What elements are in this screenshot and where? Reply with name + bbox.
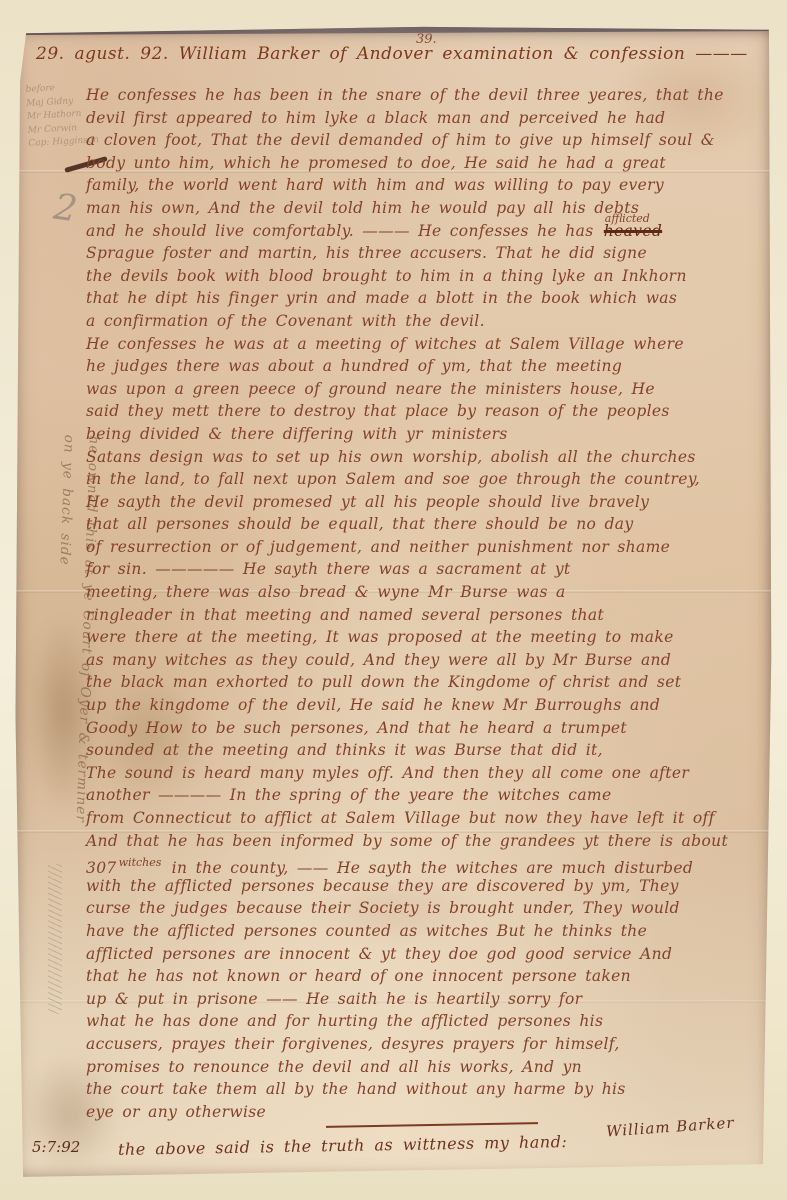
manuscript-page: 39. 29. agust. 92. William Barker of And… [14, 24, 772, 1178]
manuscript-line: He sayth the devil promesed yt all his p… [86, 491, 768, 514]
manuscript-line: a confirmation of the Covenant with the … [86, 310, 768, 333]
manuscript-line: a cloven foot, That the devil demanded o… [86, 129, 768, 152]
manuscript-line: the devils book with blood brought to hi… [86, 265, 768, 288]
attestation-text: the above said is the truth as wittness … [118, 1132, 568, 1159]
manuscript-line: in the land, to fall next upon Salem and… [86, 468, 768, 491]
manuscript-line: as many witches as they could, And they … [86, 649, 768, 672]
manuscript-line: curse the judges because their Society i… [86, 897, 768, 920]
manuscript-line: the black man exhorted to pull down the … [86, 671, 768, 694]
manuscript-line: was upon a green peece of ground neare t… [86, 378, 768, 401]
heading-line: 29. agust. 92. William Barker of Andover… [36, 44, 748, 64]
heading-title: William Barker of Andover examination & … [179, 44, 748, 64]
manuscript-line: were there at the meeting, It was propos… [86, 626, 768, 649]
correction: afflicted heaved [604, 220, 662, 243]
manuscript-line: promises to renounce the devil and all h… [86, 1056, 768, 1079]
photograph-background: 39. 29. agust. 92. William Barker of And… [0, 0, 787, 1200]
manuscript-line: He confesses he was at a meeting of witc… [86, 333, 768, 356]
manuscript-line: Satans design was to set up his own wors… [86, 446, 768, 469]
inserted-word: afflicted [605, 208, 650, 231]
manuscript-line: said they mett there to destroy that pla… [86, 400, 768, 423]
manuscript-line: being divided & there differing with yr … [86, 423, 768, 446]
manuscript-line: what he has done and for hurting the aff… [86, 1010, 768, 1033]
manuscript-line: 307witches in the county, —— He sayth th… [86, 852, 768, 875]
manuscript-line: meeting, there was also bread & wyne Mr … [86, 581, 768, 604]
manuscript-line: the court take them all by the hand with… [86, 1078, 768, 1101]
footer-date: 5:7:92 [32, 1138, 80, 1156]
manuscript-line: up the kingdome of the devil, He said he… [86, 694, 768, 717]
manuscript-line: he judges there was about a hundred of y… [86, 355, 768, 378]
manuscript-line: have the afflicted persones counted as w… [86, 920, 768, 943]
manuscript-line: that he has not known or heard of one in… [86, 965, 768, 988]
heading-date: 29. agust. 92. [36, 44, 169, 64]
manuscript-line: another ———— In the spring of the yeare … [86, 784, 768, 807]
manuscript-line: Goody How to be such persones, And that … [86, 717, 768, 740]
manuscript-line: devil first appeared to him lyke a black… [86, 107, 768, 130]
manuscript-body: He confesses he has been in the snare of… [86, 84, 768, 1123]
manuscript-line: body unto him, which he promesed to doe,… [86, 152, 768, 175]
manuscript-line: of resurrection or of judgement, and nei… [86, 536, 768, 559]
manuscript-line: And that he has been informed by some of… [86, 830, 768, 853]
attestation-line: the above said is the truth as wittness … [118, 1132, 568, 1159]
manuscript-line: from Connecticut to afflict at Salem Vil… [86, 807, 768, 830]
manuscript-line: Sprague foster and martin, his three acc… [86, 242, 768, 265]
manuscript-line: and he should live comfortably. ——— He c… [86, 220, 768, 243]
page-top-edge [22, 24, 769, 35]
manuscript-line: that he dipt his finger yrin and made a … [86, 287, 768, 310]
manuscript-line: The sound is heard many myles off. And t… [86, 762, 768, 785]
manuscript-line: family, the world went hard with him and… [86, 174, 768, 197]
manuscript-line: afflicted persones are innocent & yt the… [86, 943, 768, 966]
manuscript-line: man his own, And the devil told him he w… [86, 197, 768, 220]
manuscript-line: with the afflicted persones because they… [86, 875, 768, 898]
manuscript-line: up & put in prisone —— He saith he is he… [86, 988, 768, 1011]
inserted-word: witches [119, 856, 162, 869]
manuscript-line: for sin. ————— He sayth there was a sacr… [86, 558, 768, 581]
manuscript-line: ringleader in that meeting and named sev… [86, 604, 768, 627]
faint-margin-scribble [48, 864, 62, 1014]
line-text: and he should live comfortably. ——— He c… [86, 222, 594, 240]
manuscript-line: accusers, prayes their forgivenes, desyr… [86, 1033, 768, 1056]
pencil-mark: 2 [51, 187, 79, 231]
manuscript-line: He confesses he has been in the snare of… [86, 84, 768, 107]
manuscript-line: that all persones should be equall, that… [86, 513, 768, 536]
manuscript-line: sounded at the meeting and thinks it was… [86, 739, 768, 762]
